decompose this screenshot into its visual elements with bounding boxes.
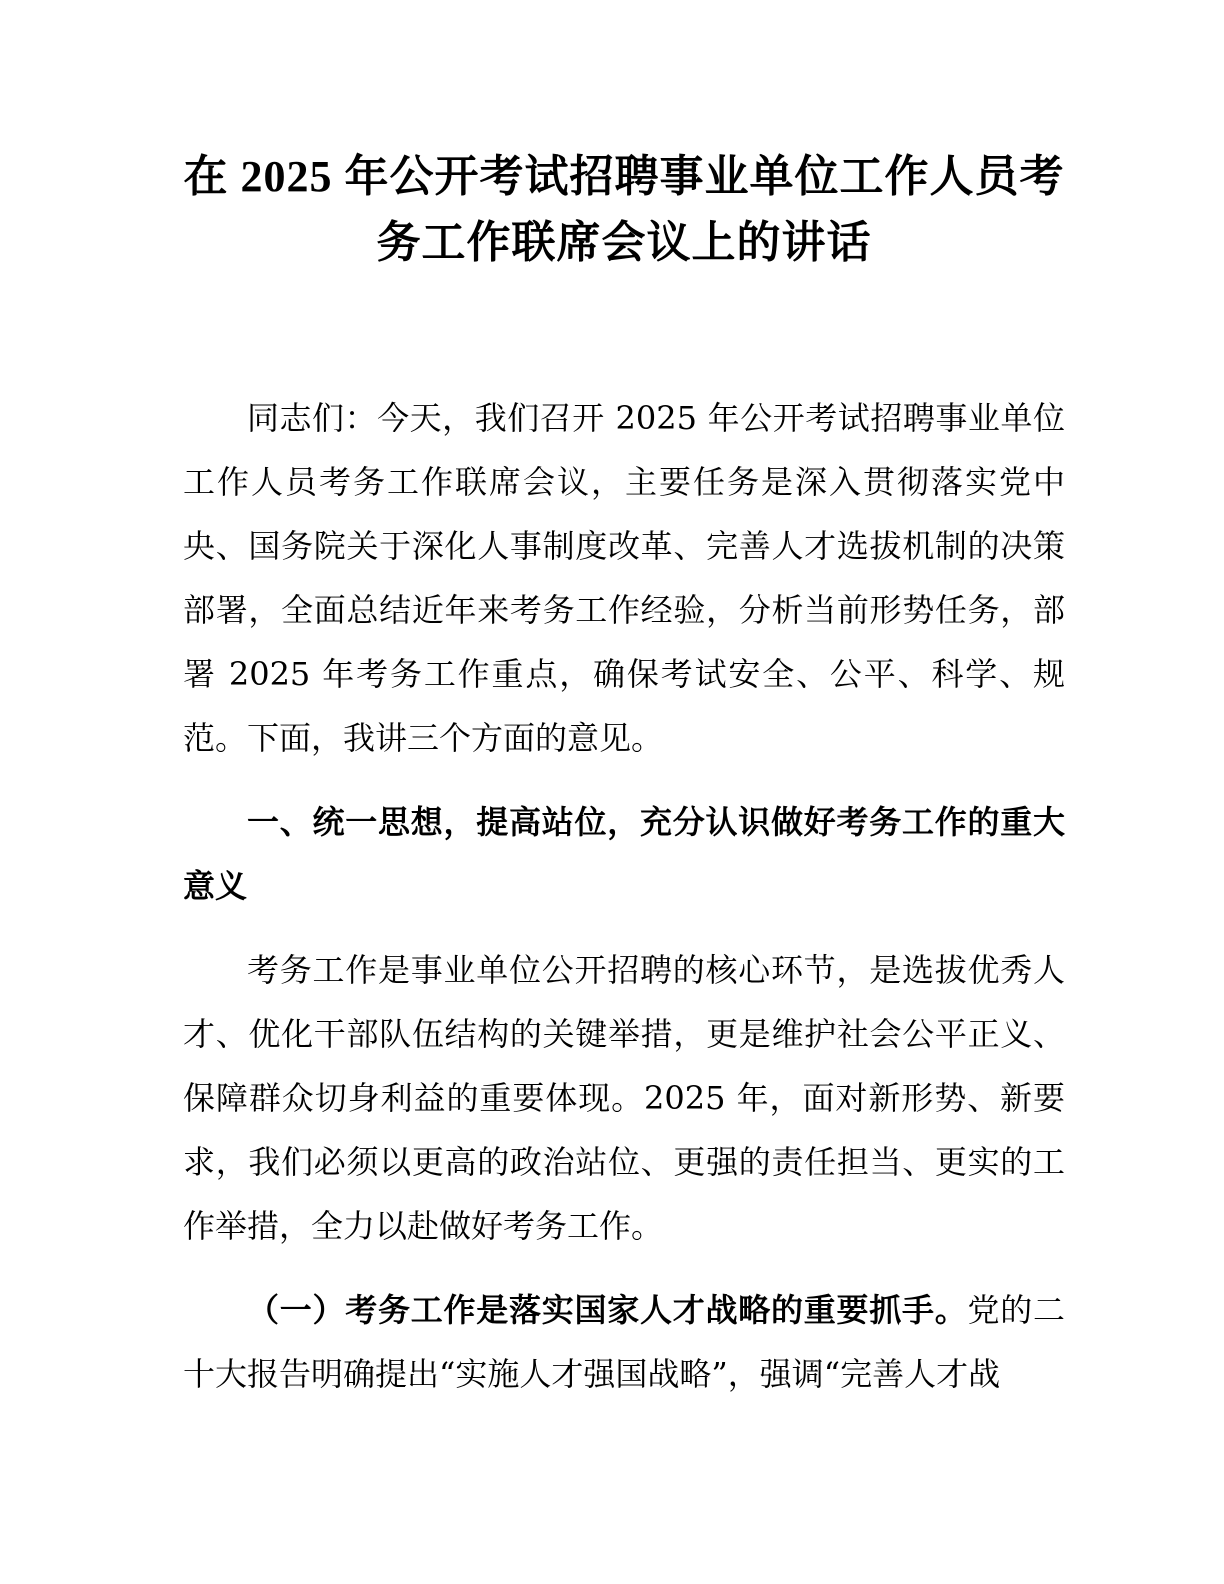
subsection-1-paragraph: （一）考务工作是落实国家人才战略的重要抓手。党的二十大报告明确提出“实施人才强国…	[183, 1278, 1065, 1406]
document-page: 在 2025 年公开考试招聘事业单位工作人员考务工作联席会议上的讲话 同志们：今…	[0, 0, 1224, 1584]
section-1-heading: 一、统一思想，提高站位，充分认识做好考务工作的重大意义	[183, 790, 1065, 918]
opening-paragraph: 同志们：今天，我们召开 2025 年公开考试招聘事业单位工作人员考务工作联席会议…	[183, 386, 1065, 770]
subsection-1-lead: （一）考务工作是落实国家人才战略的重要抓手。	[247, 1291, 967, 1329]
document-title: 在 2025 年公开考试招聘事业单位工作人员考务工作联席会议上的讲话	[183, 144, 1065, 276]
section-1-paragraph: 考务工作是事业单位公开招聘的核心环节，是选拔优秀人才、优化干部队伍结构的关键举措…	[183, 938, 1065, 1258]
